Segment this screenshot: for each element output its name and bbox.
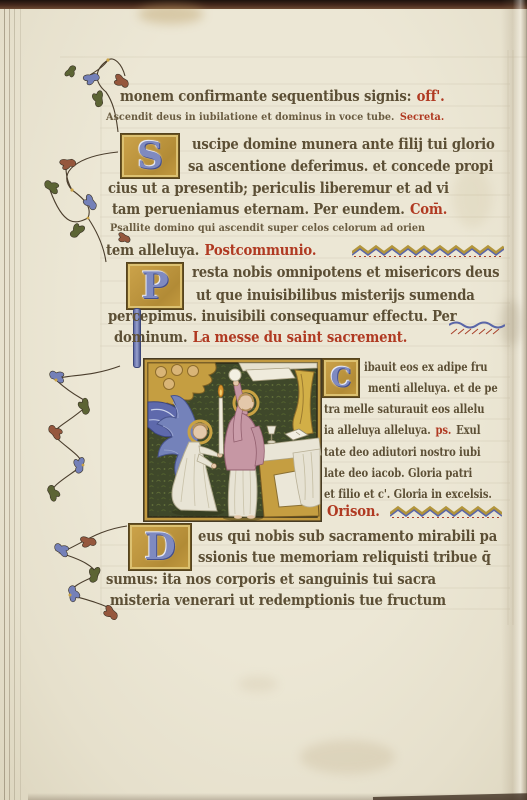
latin-text-run: ut que inuisibilibus misterijs sumenda (196, 286, 475, 304)
latin-text-run: cius ut a presentib; periculis liberemur… (108, 179, 449, 197)
text-line-offertory-1: monem confirmante sequentibus signis:off… (120, 87, 445, 105)
rubric-run: off'. (411, 87, 444, 105)
text-line-introit-2: menti alleluya. et de pe (368, 380, 498, 396)
latin-text-run: Psallite domino qui ascendit super celos… (110, 222, 425, 234)
text-line-postcom-3: percepimus. inuisibili consequamur effec… (108, 307, 456, 325)
initial-letter: C (331, 363, 352, 393)
rubric-run: Com̄. (405, 200, 447, 218)
rubric-run: La messe du saint sacrement. (187, 328, 407, 346)
latin-text-run: monem confirmante sequentibus signis: (120, 87, 411, 105)
rubric-run: Secreta. (394, 111, 444, 123)
latin-text-run: Ascendit deus in iubilatione et dominus … (106, 111, 394, 123)
illuminated-initial-p: P (126, 262, 184, 310)
initial-letter: S (137, 135, 163, 177)
text-line-secreta-2: sa ascentione deferimus. et concede prop… (188, 157, 493, 175)
latin-text-run: tra melle saturauit eos allelu (324, 401, 484, 416)
text-line-introit-4: ia alleluya alleluya.ps.Exul (324, 422, 480, 438)
text-line-collect-3: sumus: ita nos corporis et sanguinis tui… (106, 570, 436, 588)
initial-letter: P (141, 265, 168, 307)
text-line-secreta-4: tam perueniamus eternam. Per eundem.Com̄… (112, 200, 447, 218)
text-line-offertory-2: Ascendit deus in iubilatione et dominus … (106, 111, 444, 124)
text-line-postcom-2: ut que inuisibilibus misterijs sumenda (196, 286, 475, 304)
text-line-postcom-1: resta nobis omnipotens et misericors deu… (192, 263, 499, 281)
line-filler-zigzag (352, 244, 504, 257)
rubric-run: Postcommunio. (199, 241, 316, 259)
rubric-run: ps. (431, 422, 452, 437)
latin-text-run: ibauit eos ex adipe fru (364, 359, 488, 374)
latin-text-run: ia alleluya alleluya. (324, 422, 431, 437)
text-line-introit-6: late deo iacob. Gloria patri (324, 465, 472, 481)
text-line-secreta-1: uscipe domine munera ante filij tui glor… (192, 135, 495, 153)
angel-head (193, 425, 207, 439)
latin-text-run: et filio et c'. Gloria in excelsis. (324, 486, 492, 501)
latin-text-run: menti alleluya. et de pe (368, 380, 498, 395)
illuminated-initial-c: C (322, 358, 360, 398)
text-line-communio-2: tem alleluya.Postcommunio. (106, 241, 316, 259)
latin-text-run: Exul (451, 422, 480, 437)
line-filler-squiggle (449, 320, 505, 337)
latin-text-run: dominum. (114, 328, 187, 346)
rubric-run: Orison. (327, 502, 380, 520)
text-line-secreta-3: cius ut a presentib; periculis liberemur… (108, 179, 449, 197)
text-line-introit-5: tate deo adiutori nostro iubi (324, 444, 481, 460)
latin-text-run: sa ascentione deferimus. et concede prop… (188, 157, 493, 175)
latin-text-run: late deo iacob. Gloria patri (324, 465, 472, 480)
text-line-collect-1: eus qui nobis sub sacramento mirabili pa (198, 527, 497, 545)
text-line-collect-4: misteria venerari ut redemptionis tue fr… (110, 591, 446, 609)
elevated-host (229, 369, 241, 381)
text-line-communio-1: Psallite domino qui ascendit super celos… (110, 222, 425, 235)
latin-text-run: misteria venerari ut redemptionis tue fr… (110, 591, 446, 609)
latin-text-run: resta nobis omnipotens et misericors deu… (192, 263, 499, 281)
text-line-introit-3: tra melle saturauit eos allelu (324, 401, 484, 417)
latin-text-run: percepimus. inuisibili consequamur effec… (108, 307, 456, 325)
illuminated-initial-d: D (128, 523, 192, 571)
latin-text-run: tate deo adiutori nostro iubi (324, 444, 481, 459)
miniature-elevation-of-the-host (143, 358, 322, 522)
candle (218, 385, 223, 454)
latin-text-run: ssionis tue memoriam reliquisti tribue q… (198, 548, 491, 566)
text-line-introit-1: ibauit eos ex adipe fru (364, 359, 488, 375)
manuscript-page-photo: monem confirmante sequentibus signis:off… (0, 0, 527, 800)
text-line-postcom-4: dominum.La messe du saint sacrement. (114, 328, 407, 346)
latin-text-run: tem alleluya. (106, 241, 199, 259)
line-filler-zigzag (390, 505, 502, 518)
latin-text-run: uscipe domine munera ante filij tui glor… (192, 135, 495, 153)
latin-text-run: tam perueniamus eternam. Per eundem. (112, 200, 405, 218)
illuminated-initial-s: S (120, 133, 180, 179)
latin-text-run: sumus: ita nos corporis et sanguinis tui… (106, 570, 436, 588)
text-line-introit-7: et filio et c'. Gloria in excelsis. (324, 486, 492, 502)
text-line-orison-rubric: Orison. (327, 502, 380, 520)
initial-letter: D (144, 526, 175, 568)
text-line-collect-2: ssionis tue memoriam reliquisti tribue q… (198, 548, 491, 566)
latin-text-run: eus qui nobis sub sacramento mirabili pa (198, 527, 497, 545)
